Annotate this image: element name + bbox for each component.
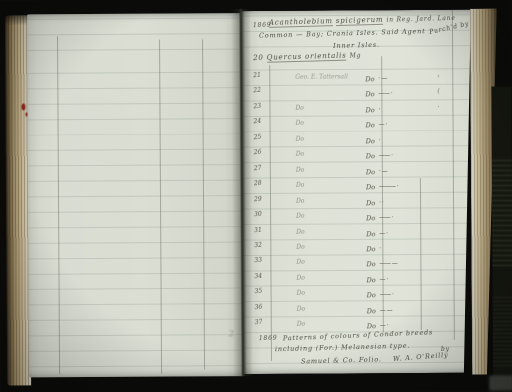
row-number: 34 xyxy=(254,273,262,281)
register-row: 35 Do Do —— · xyxy=(243,287,473,303)
row-ditto-mark: Do xyxy=(365,75,374,83)
register-row: 21 Geo. E. Tattersall Do · — ‹ xyxy=(241,71,471,87)
row-ditto-mark: Do xyxy=(365,91,374,99)
row-ditto-mark: Do xyxy=(366,261,375,269)
row-ditto-name: Do xyxy=(296,120,304,127)
register-row: 30 Do Do —— · xyxy=(242,210,472,226)
row-ditto-mark: Do xyxy=(367,292,376,300)
book-cover-cloth xyxy=(491,86,512,376)
register-row: 26 Do Do —— · xyxy=(242,148,472,164)
row-dash-trail: —— · xyxy=(379,152,393,159)
row-number: 37 xyxy=(255,319,263,327)
row-edge-mark: · xyxy=(437,104,439,111)
register-row: 24 Do Do — · xyxy=(242,117,472,133)
row-ditto-mark: Do xyxy=(367,322,376,330)
entry-species: Quercus orientalis xyxy=(267,52,347,63)
column-rule xyxy=(202,39,205,369)
row-edge-mark: ( xyxy=(437,88,439,95)
genus-name: Acantholebium xyxy=(269,17,333,28)
row-dash-trail: — · xyxy=(379,122,387,129)
register-row: 36 Do Do — — xyxy=(243,302,473,318)
row-number: 36 xyxy=(254,303,262,311)
sub-locality-line: Inner Isles. xyxy=(333,41,380,50)
row-dash-trail: —— — xyxy=(379,261,397,268)
row-dash-trail: — · xyxy=(379,276,387,283)
footer-signature: W. A. O'Reilly xyxy=(393,351,449,363)
register-row: 29 Do Do · · xyxy=(242,194,472,210)
row-ditto-mark: Do xyxy=(366,137,375,145)
register-row: 28 Do Do ——— · xyxy=(242,179,472,195)
register-row: 23 Do Do · · xyxy=(241,102,471,118)
red-speck xyxy=(21,103,25,110)
right-page: 1869 Acantholebium spicigerum in Reg. Ja… xyxy=(241,10,473,374)
row-dash-trail: · · xyxy=(379,199,383,206)
footer-line-3: Samuel & Co. Folio. xyxy=(301,355,382,365)
row-ditto-name: Do xyxy=(295,105,303,112)
entry-number: 20 xyxy=(253,54,264,62)
row-ditto-mark: Do xyxy=(366,122,375,130)
row-dash-trail: · xyxy=(379,137,380,144)
row-ditto-name: Do xyxy=(296,182,304,189)
row-number: 30 xyxy=(254,211,262,219)
row-dash-trail: — · xyxy=(380,322,388,329)
row-ditto-mark: Do xyxy=(366,276,375,284)
row-number: 22 xyxy=(253,87,261,95)
register-row: 25 Do Do · xyxy=(242,132,472,148)
register-row: 33 Do Do —— — xyxy=(242,256,472,272)
register-row: 27 Do Do · — xyxy=(242,163,472,179)
row-dash-trail: — · xyxy=(379,230,387,237)
footer-year: 1869 xyxy=(259,335,278,342)
row-dash-trail: · xyxy=(379,245,380,252)
row-ditto-mark: Do xyxy=(366,168,375,176)
row-number: 21 xyxy=(253,72,261,80)
row-ditto-mark: Do xyxy=(366,153,375,161)
row-ditto-name: Do xyxy=(296,228,304,235)
row-dash-trail: · — xyxy=(379,168,387,175)
register-rows: 21 Geo. E. Tattersall Do · — ‹ 22 Do —— … xyxy=(241,10,471,11)
row-ditto-name: Do xyxy=(297,290,305,297)
row-ditto-mark: Do xyxy=(366,183,375,191)
species-name: spicigerum xyxy=(336,16,384,26)
row-ditto-mark: Do xyxy=(367,307,376,315)
row-dash-trail: —— · xyxy=(380,291,394,298)
row-ditto-name: Do xyxy=(296,151,304,158)
row-dash-trail: — — xyxy=(380,307,392,314)
row-ditto-name: Do xyxy=(297,321,305,328)
register-row: 22 Do —— · ( xyxy=(241,86,471,102)
row-number: 25 xyxy=(253,134,261,142)
row-dash-trail: —— · xyxy=(379,214,393,221)
row-ditto-mark: Do xyxy=(366,245,375,253)
row-ditto-name: Do xyxy=(297,305,305,312)
column-rule xyxy=(159,40,162,374)
row-number: 23 xyxy=(253,103,261,111)
corner-texture xyxy=(489,375,512,390)
row-ditto-name: Do xyxy=(296,136,304,143)
row-number: 35 xyxy=(254,288,262,296)
row-number: 33 xyxy=(254,257,262,265)
row-number: 32 xyxy=(254,242,262,250)
row-ditto-name: Do xyxy=(296,166,304,173)
row-number: 27 xyxy=(254,164,262,172)
row-ditto-name: Do xyxy=(296,275,304,282)
entry-suffix: Mg xyxy=(350,52,362,59)
purchase-note: Purch'd by xyxy=(429,21,470,37)
row-number: 24 xyxy=(253,118,261,126)
row-ditto-name: Do xyxy=(296,213,304,220)
entry-title-tail: in Reg. Jard. Lane xyxy=(386,15,455,24)
row-number: 28 xyxy=(254,180,262,188)
row-number: 26 xyxy=(253,149,261,157)
column-rule xyxy=(57,36,60,374)
entry-title-line: Acantholebium spicigerum in Reg. Jard. L… xyxy=(269,14,456,27)
row-ditto-name: Geo. E. Tattersall xyxy=(295,73,348,80)
register-row: 34 Do Do — · xyxy=(242,272,472,288)
footer-line-2: including (For.) Melanesian type. xyxy=(275,342,410,354)
row-ditto-name: Do xyxy=(296,259,304,266)
left-page: 2 xyxy=(27,13,243,377)
row-number: 31 xyxy=(254,226,262,234)
register-row: 31 Do Do — · xyxy=(242,225,472,241)
row-dash-trail: ——— · xyxy=(379,183,398,190)
row-ditto-mark: Do xyxy=(366,199,375,207)
row-dash-trail: —— · xyxy=(378,91,392,98)
row-ditto-name: Do xyxy=(296,197,304,204)
row-dash-trail: · xyxy=(378,106,379,113)
row-number: 29 xyxy=(254,195,262,203)
first-entry-line: 20 Quercus orientalis Mg xyxy=(253,51,361,62)
locality-line: Common — Bay; Crania Isles. Said Agent xyxy=(259,27,426,40)
row-edge-mark: ‹ xyxy=(437,73,439,80)
ledger-photo: 2 1869 Acantholebium spicigerum in Reg. … xyxy=(0,0,512,392)
register-row: 32 Do Do · xyxy=(242,241,472,257)
row-ditto-mark: Do xyxy=(366,214,375,222)
row-ditto-mark: Do xyxy=(365,106,374,114)
row-ditto-mark: Do xyxy=(366,230,375,238)
row-dash-trail: · — xyxy=(378,75,386,82)
row-ditto-name: Do xyxy=(296,244,304,251)
